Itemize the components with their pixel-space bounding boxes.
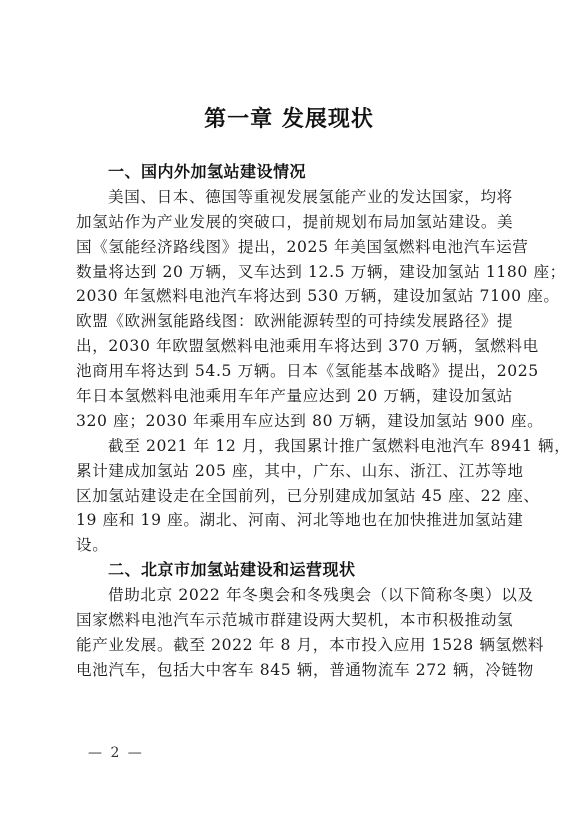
paragraph-line: 年日本氢燃料电池乘用车年产量应达到 20 万辆，建设加氢站 [76, 384, 516, 409]
chapter-title: 第一章 发展现状 [0, 102, 578, 133]
paragraph-line: 2030 年氢燃料电池汽车将达到 530 万辆，建设加氢站 7100 座。 [76, 284, 516, 309]
section-heading: 一、国内外加氢站建设情况 [76, 160, 516, 185]
document-page: 第一章 发展现状 一、国内外加氢站建设情况 美国、日本、德国等重视发展氢能产业的… [0, 0, 578, 818]
paragraph-line: 国《氢能经济路线图》提出，2025 年美国氢燃料电池汽车运营 [76, 235, 516, 260]
paragraph-line: 国家燃料电池汽车示范城市群建设两大契机，本市积极推动氢 [76, 608, 516, 633]
paragraph-line: 320 座；2030 年乘用车应达到 80 万辆，建设加氢站 900 座。 [76, 409, 516, 434]
paragraph-line: 借助北京 2022 年冬奥会和冬残奥会（以下简称冬奥）以及 [76, 583, 516, 608]
section-1: 一、国内外加氢站建设情况 美国、日本、德国等重视发展氢能产业的发达国家，均将 加… [76, 160, 516, 683]
paragraph-line: 设。 [76, 533, 516, 558]
paragraph-line: 19 座和 19 座。湖北、河南、河北等地也在加快推进加氢站建 [76, 508, 516, 533]
paragraph-line: 区加氢站建设走在全国前列，已分别建成加氢站 45 座、22 座、 [76, 484, 516, 509]
paragraph-line: 出，2030 年欧盟氢燃料电池乘用车将达到 370 万辆，氢燃料电 [76, 334, 516, 359]
paragraph-line: 数量将达到 20 万辆，叉车达到 12.5 万辆，建设加氢站 1180 座； [76, 260, 516, 285]
paragraph-line: 电池汽车，包括大中客车 845 辆，普通物流车 272 辆，冷链物 [76, 658, 516, 683]
paragraph-line: 能产业发展。截至 2022 年 8 月，本市投入应用 1528 辆氢燃料 [76, 633, 516, 658]
paragraph-line: 累计建成加氢站 205 座，其中，广东、山东、浙江、江苏等地 [76, 459, 516, 484]
paragraph-line: 加氢站作为产业发展的突破口，提前规划布局加氢站建设。美 [76, 210, 516, 235]
paragraph-line: 欧盟《欧洲氢能路线图：欧洲能源转型的可持续发展路径》提 [76, 309, 516, 334]
paragraph-line: 池商用车将达到 54.5 万辆。日本《氢能基本战略》提出，2025 [76, 359, 516, 384]
section-heading: 二、北京市加氢站建设和运营现状 [76, 558, 516, 583]
paragraph-line: 截至 2021 年 12 月，我国累计推广氢燃料电池汽车 8941 辆， [76, 434, 516, 459]
page-number: — 2 — [88, 745, 144, 761]
paragraph-line: 美国、日本、德国等重视发展氢能产业的发达国家，均将 [76, 185, 516, 210]
